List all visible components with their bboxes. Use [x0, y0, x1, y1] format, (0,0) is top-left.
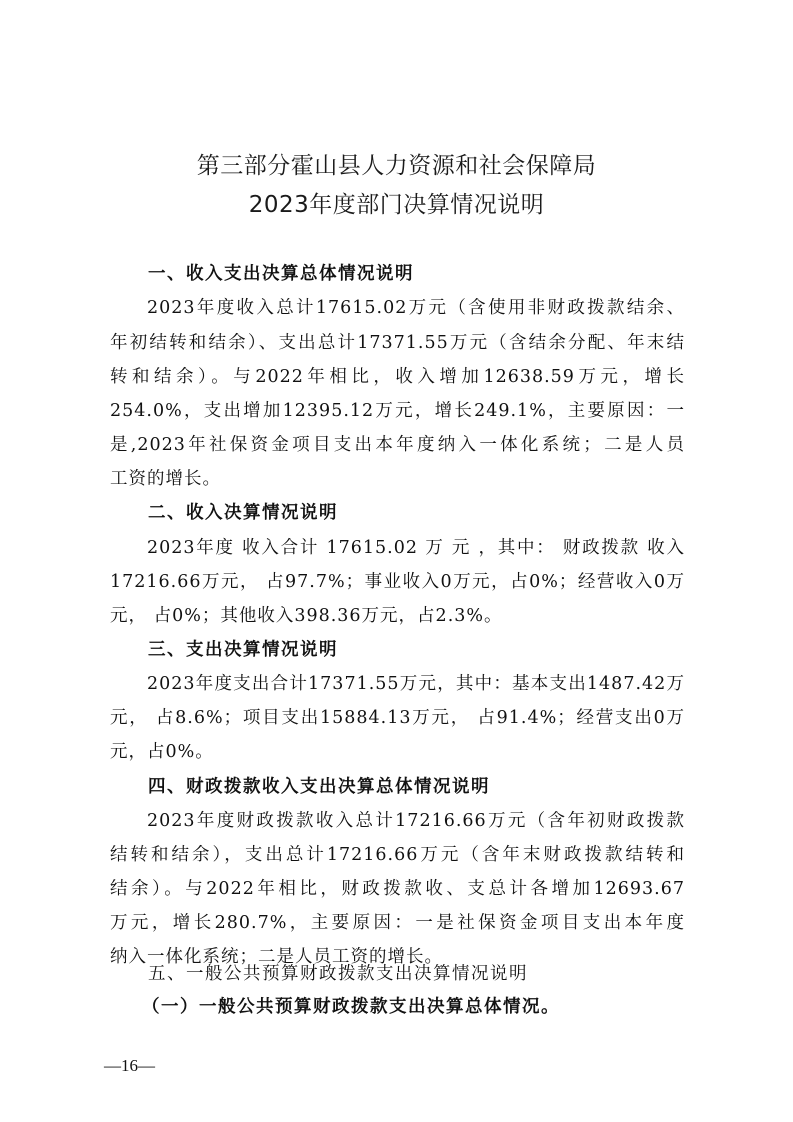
- document-title-line2: 2023年度部门决算情况说明: [0, 186, 793, 219]
- document-title-line1: 第三部分霍山县人力资源和社会保障局: [0, 147, 793, 180]
- section-4-line-3: 结余）。与2022年相比，财政拨款收、支总计各增加12693.67: [110, 878, 685, 900]
- section-1-line-4: 254.0%，支出增加12395.12万元，增长249.1%，主要原因：一: [110, 400, 685, 422]
- section-2-heading: 二、收入决算情况说明: [148, 502, 338, 524]
- section-3-heading: 三、支出决算情况说明: [148, 639, 338, 661]
- section-1-line-2: 年初结转和结余）、支出总计17371.55万元（含结余分配、年末结: [110, 332, 685, 354]
- section-1-line-1: 2023年度收入总计17615.02万元（含使用非财政拨款结余、: [147, 297, 685, 319]
- section-1-line-6: 工资的增长。: [110, 468, 685, 490]
- section-4-heading: 四、财政拨款收入支出决算总体情况说明: [148, 776, 490, 798]
- section-4-line-2: 结转和结余），支出总计17216.66万元（含年末财政拨款结转和: [110, 844, 685, 866]
- section-3-line-1: 2023年度支出合计17371.55万元，其中：基本支出1487.42万: [147, 673, 685, 695]
- section-4-line-4: 万元，增长280.7%，主要原因：一是社保资金项目支出本年度: [110, 912, 685, 934]
- section-1-line-5: 是,2023年社保资金项目支出本年度纳入一体化系统；二是人员: [110, 434, 685, 456]
- section-4-line-1: 2023年度财政拨款收入总计17216.66万元（含年初财政拨款: [147, 810, 685, 832]
- page-number: —16—: [104, 1056, 155, 1076]
- section-1-line-3: 转和结余）。与2022年相比，收入增加12638.59万元，增长: [110, 366, 685, 388]
- section-3-line-3: 元，占0%。: [110, 741, 685, 763]
- section-3-line-2: 元， 占8.6%；项目支出15884.13万元， 占91.4%；经营支出0万: [110, 707, 685, 729]
- section-5-heading: 五、一般公共预算财政拨款支出决算情况说明: [148, 963, 528, 985]
- section-1-heading: 一、收入支出决算总体情况说明: [148, 263, 414, 285]
- section-5-subheading: （一）一般公共预算财政拨款支出决算总体情况。: [142, 996, 560, 1018]
- section-2-line-1: 2023年度 收入合计 17615.02 万 元 ，其中： 财政拨款 收入: [147, 537, 685, 559]
- section-2-line-3: 元， 占0%；其他收入398.36万元，占2.3%。: [110, 605, 685, 627]
- section-2-line-2: 17216.66万元， 占97.7%；事业收入0万元，占0%；经营收入0万: [110, 571, 685, 593]
